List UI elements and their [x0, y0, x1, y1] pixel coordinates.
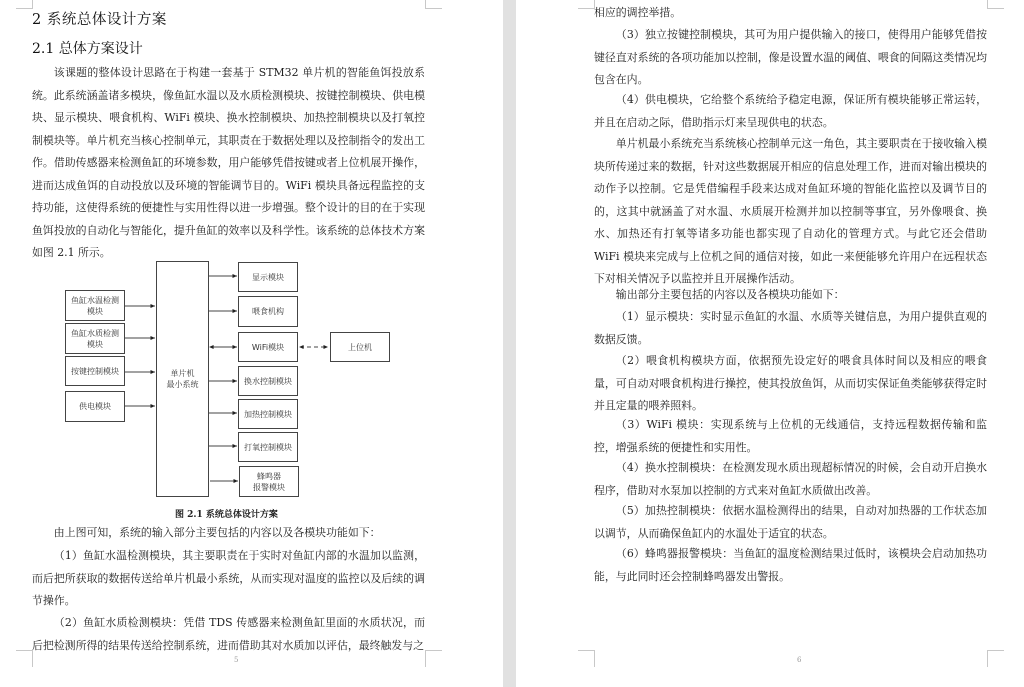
page-corner-mark-bottom-left: [578, 650, 595, 667]
diagram-box-water-change: 换水控制模块: [238, 366, 298, 396]
document-page-5: 2 系统总体设计方案 2.1 总体方案设计 该课题的整体设计思路在于构建一套基于…: [0, 0, 503, 687]
figure-caption: 图 2.1 系统总体设计方案: [175, 507, 278, 520]
input-item-1-paragraph: （1）鱼缸水温检测模块，其主要职责在于实时对鱼缸内部的水温加以监测，而后把所获取…: [32, 545, 425, 613]
output-item-5-paragraph: （5）加热控制模块：依据水温检测得出的结果，自动对加热器的工作状态加以调节，从而…: [594, 500, 987, 545]
page-corner-mark-top-left: [578, 0, 595, 9]
page-corner-mark-top-right: [987, 0, 1004, 9]
page-number: 6: [797, 656, 801, 664]
input-item-4-paragraph: （4）供电模块，它给整个系统给予稳定电源，保证所有模块能够正常运转，并且在启动之…: [594, 89, 987, 134]
diagram-box-wifi: WiFi模块: [238, 332, 298, 362]
diagram-box-display: 显示模块: [238, 262, 298, 292]
diagram-box-mcu-minimum-system: 单片机 最小系统: [156, 261, 209, 497]
diagram-box-heating: 加热控制模块: [238, 399, 298, 429]
output-item-1-paragraph: （1）显示模块：实时显示鱼缸的水温、水质等关键信息，为用户提供直观的数据反馈。: [594, 306, 987, 351]
mcu-paragraph: 单片机最小系统充当系统核心控制单元这一角色，其主要职责在于接收输入模块所传递过来…: [594, 133, 987, 291]
output-item-2-paragraph: （2）喂食机构模块方面，依据预先设定好的喂食具体时间以及相应的喂食量，可自动对喂…: [594, 350, 987, 418]
document-page-6: 相应的调控举措。 （3）独立按键控制模块，其可为用户提供输入的接口，使得用户能够…: [516, 0, 1024, 687]
page-corner-mark-top-left: [16, 0, 33, 9]
output-item-4-paragraph: （4）换水控制模块：在检测发现水质出现超标情况的时候，会自动开启换水程序，借助对…: [594, 457, 987, 502]
diagram-box-power-supply: 供电模块: [65, 391, 125, 422]
page-number: 5: [234, 656, 238, 664]
diagram-box-host-computer: 上位机: [330, 332, 390, 362]
input-item-2-paragraph: （2）鱼缸水质检测模块：凭借 TDS 传感器来检测鱼缸里面的水质状况，而后把检测…: [32, 612, 425, 657]
page-gutter: [503, 0, 516, 687]
output-item-6-paragraph: （6）蜂鸣器报警模块：当鱼缸的温度检测结果过低时，该模块会启动加热功能，与此同时…: [594, 543, 987, 588]
continued-paragraph: 相应的调控举措。: [594, 2, 987, 25]
page-corner-mark-bottom-right: [987, 650, 1004, 667]
diagram-box-water-temp: 鱼缸水温检测 模块: [65, 290, 125, 321]
diagram-box-key-control: 按键控制模块: [65, 356, 125, 386]
diagram-box-buzzer-alarm: 蜂鸣器 报警模块: [239, 466, 299, 497]
output-item-3-paragraph: （3）WiFi 模块：实现系统与上位机的无线通信，支持远程数据传输和监控，增强系…: [594, 414, 987, 459]
intro-paragraph: 该课题的整体设计思路在于构建一套基于 STM32 单片机的智能鱼饵投放系统。此系…: [32, 62, 425, 265]
page-corner-mark-bottom-right: [425, 650, 442, 667]
page-corner-mark-top-right: [425, 0, 442, 9]
chapter-heading: 2 系统总体设计方案: [32, 8, 167, 29]
outputs-intro-paragraph: 输出部分主要包括的内容以及各模块功能如下：: [594, 284, 987, 307]
diagram-box-feeder: 喂食机构: [238, 296, 298, 327]
input-item-3-paragraph: （3）独立按键控制模块，其可为用户提供输入的接口，使得用户能够凭借按键径直对系统…: [594, 24, 987, 92]
section-heading: 2.1 总体方案设计: [32, 38, 143, 58]
page-corner-mark-bottom-left: [16, 650, 33, 667]
inputs-intro-paragraph: 由上图可知，系统的输入部分主要包括的内容以及各模块功能如下：: [32, 522, 425, 545]
diagram-box-oxygen: 打氧控制模块: [238, 432, 298, 462]
diagram-box-water-quality: 鱼缸水质检测 模块: [65, 323, 125, 354]
